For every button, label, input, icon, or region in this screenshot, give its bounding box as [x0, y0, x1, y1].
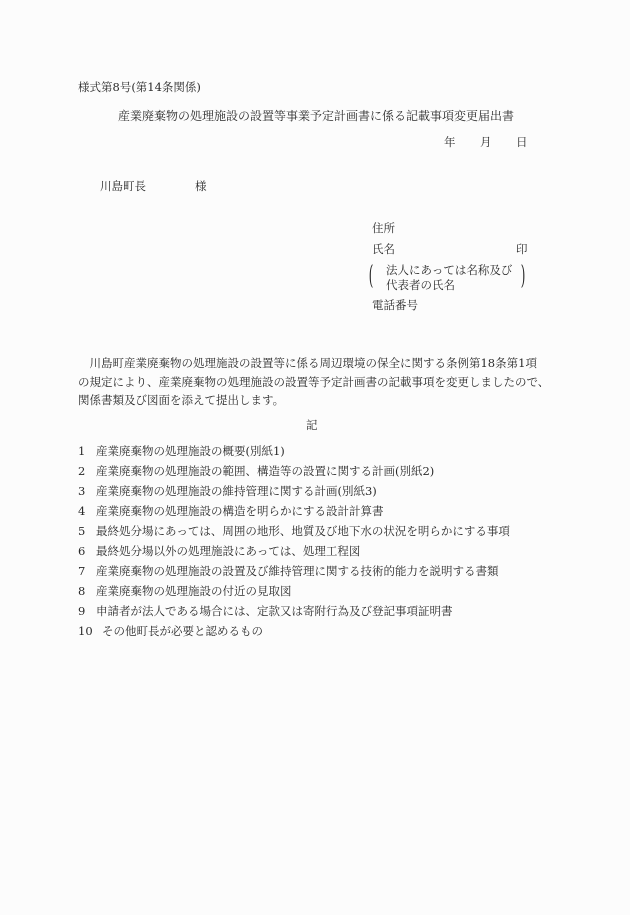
item-number: 3: [78, 486, 85, 498]
day-label: 日: [516, 137, 528, 149]
item-text: 産業廃棄物の処理施設の維持管理に関する計画(別紙3): [96, 486, 377, 498]
item-number: 9: [78, 606, 85, 618]
item-text: 産業廃棄物の処理施設の設置及び維持管理に関する技術的能力を説明する書類: [96, 566, 499, 578]
item-text: 産業廃棄物の処理施設の概要(別紙1): [96, 446, 285, 458]
recipient-name: 川島町長: [100, 179, 146, 193]
item-text: 産業廃棄物の処理施設の構造を明らかにする設計計算書: [96, 506, 384, 518]
body-paragraph: 川島町産業廃棄物の処理施設の設置等に係る周辺環境の保全に関する条例第18条第1項…: [78, 354, 558, 410]
address-label: 住所: [372, 223, 395, 235]
item-number: 2: [78, 466, 85, 478]
document-title: 産業廃棄物の処理施設の設置等事業予定計画書に係る記載事項変更届出書: [118, 110, 514, 122]
year-label: 年: [444, 137, 456, 149]
left-paren: (: [369, 261, 374, 291]
ki-heading: 記: [306, 420, 318, 432]
item-text: 最終処分場にあっては、周囲の地形、地質及び地下水の状況を明らかにする事項: [96, 526, 510, 538]
phone-label: 電話番号: [372, 300, 418, 312]
body-line: 川島町産業廃棄物の処理施設の設置等に係る周辺環境の保全に関する条例第18条第1項: [78, 354, 558, 373]
item-text: 産業廃棄物の処理施設の範囲、構造等の設置に関する計画(別紙2): [96, 466, 434, 478]
name-label: 氏名: [372, 244, 395, 256]
item-text: 申請者が法人である場合には、定款又は寄附行為及び登記事項証明書: [96, 606, 453, 618]
corporate-note-line1: 法人にあっては名称及び: [386, 265, 512, 277]
month-label: 月: [480, 137, 492, 149]
item-number: 7: [78, 566, 85, 578]
item-number: 8: [78, 586, 85, 598]
body-line: 関係書類及び図面を添えて提出します。: [78, 391, 558, 410]
recipient: 川島町長 様: [100, 181, 146, 193]
item-number: 1: [78, 446, 85, 458]
item-text: 最終処分場以外の処理施設にあっては、処理工程図: [96, 546, 360, 558]
corporate-note-line2: 代表者の氏名: [386, 280, 455, 292]
item-number: 10: [78, 626, 93, 638]
form-number: 様式第8号(第14条関係): [78, 82, 201, 94]
corporate-note: ( 法人にあっては名称及び 代表者の氏名 ): [372, 263, 528, 293]
item-number: 5: [78, 526, 85, 538]
body-line: の規定により、産業廃棄物の処理施設の設置等予定計画書の記載事項を変更しましたので…: [78, 373, 558, 392]
item-text: その他町長が必要と認めるもの: [102, 626, 263, 638]
right-paren: ): [521, 261, 526, 291]
item-text: 産業廃棄物の処理施設の付近の見取図: [96, 586, 292, 598]
item-number: 4: [78, 506, 85, 518]
seal-label: 印: [516, 244, 528, 256]
item-number: 6: [78, 546, 85, 558]
recipient-honorific: 様: [195, 181, 207, 193]
